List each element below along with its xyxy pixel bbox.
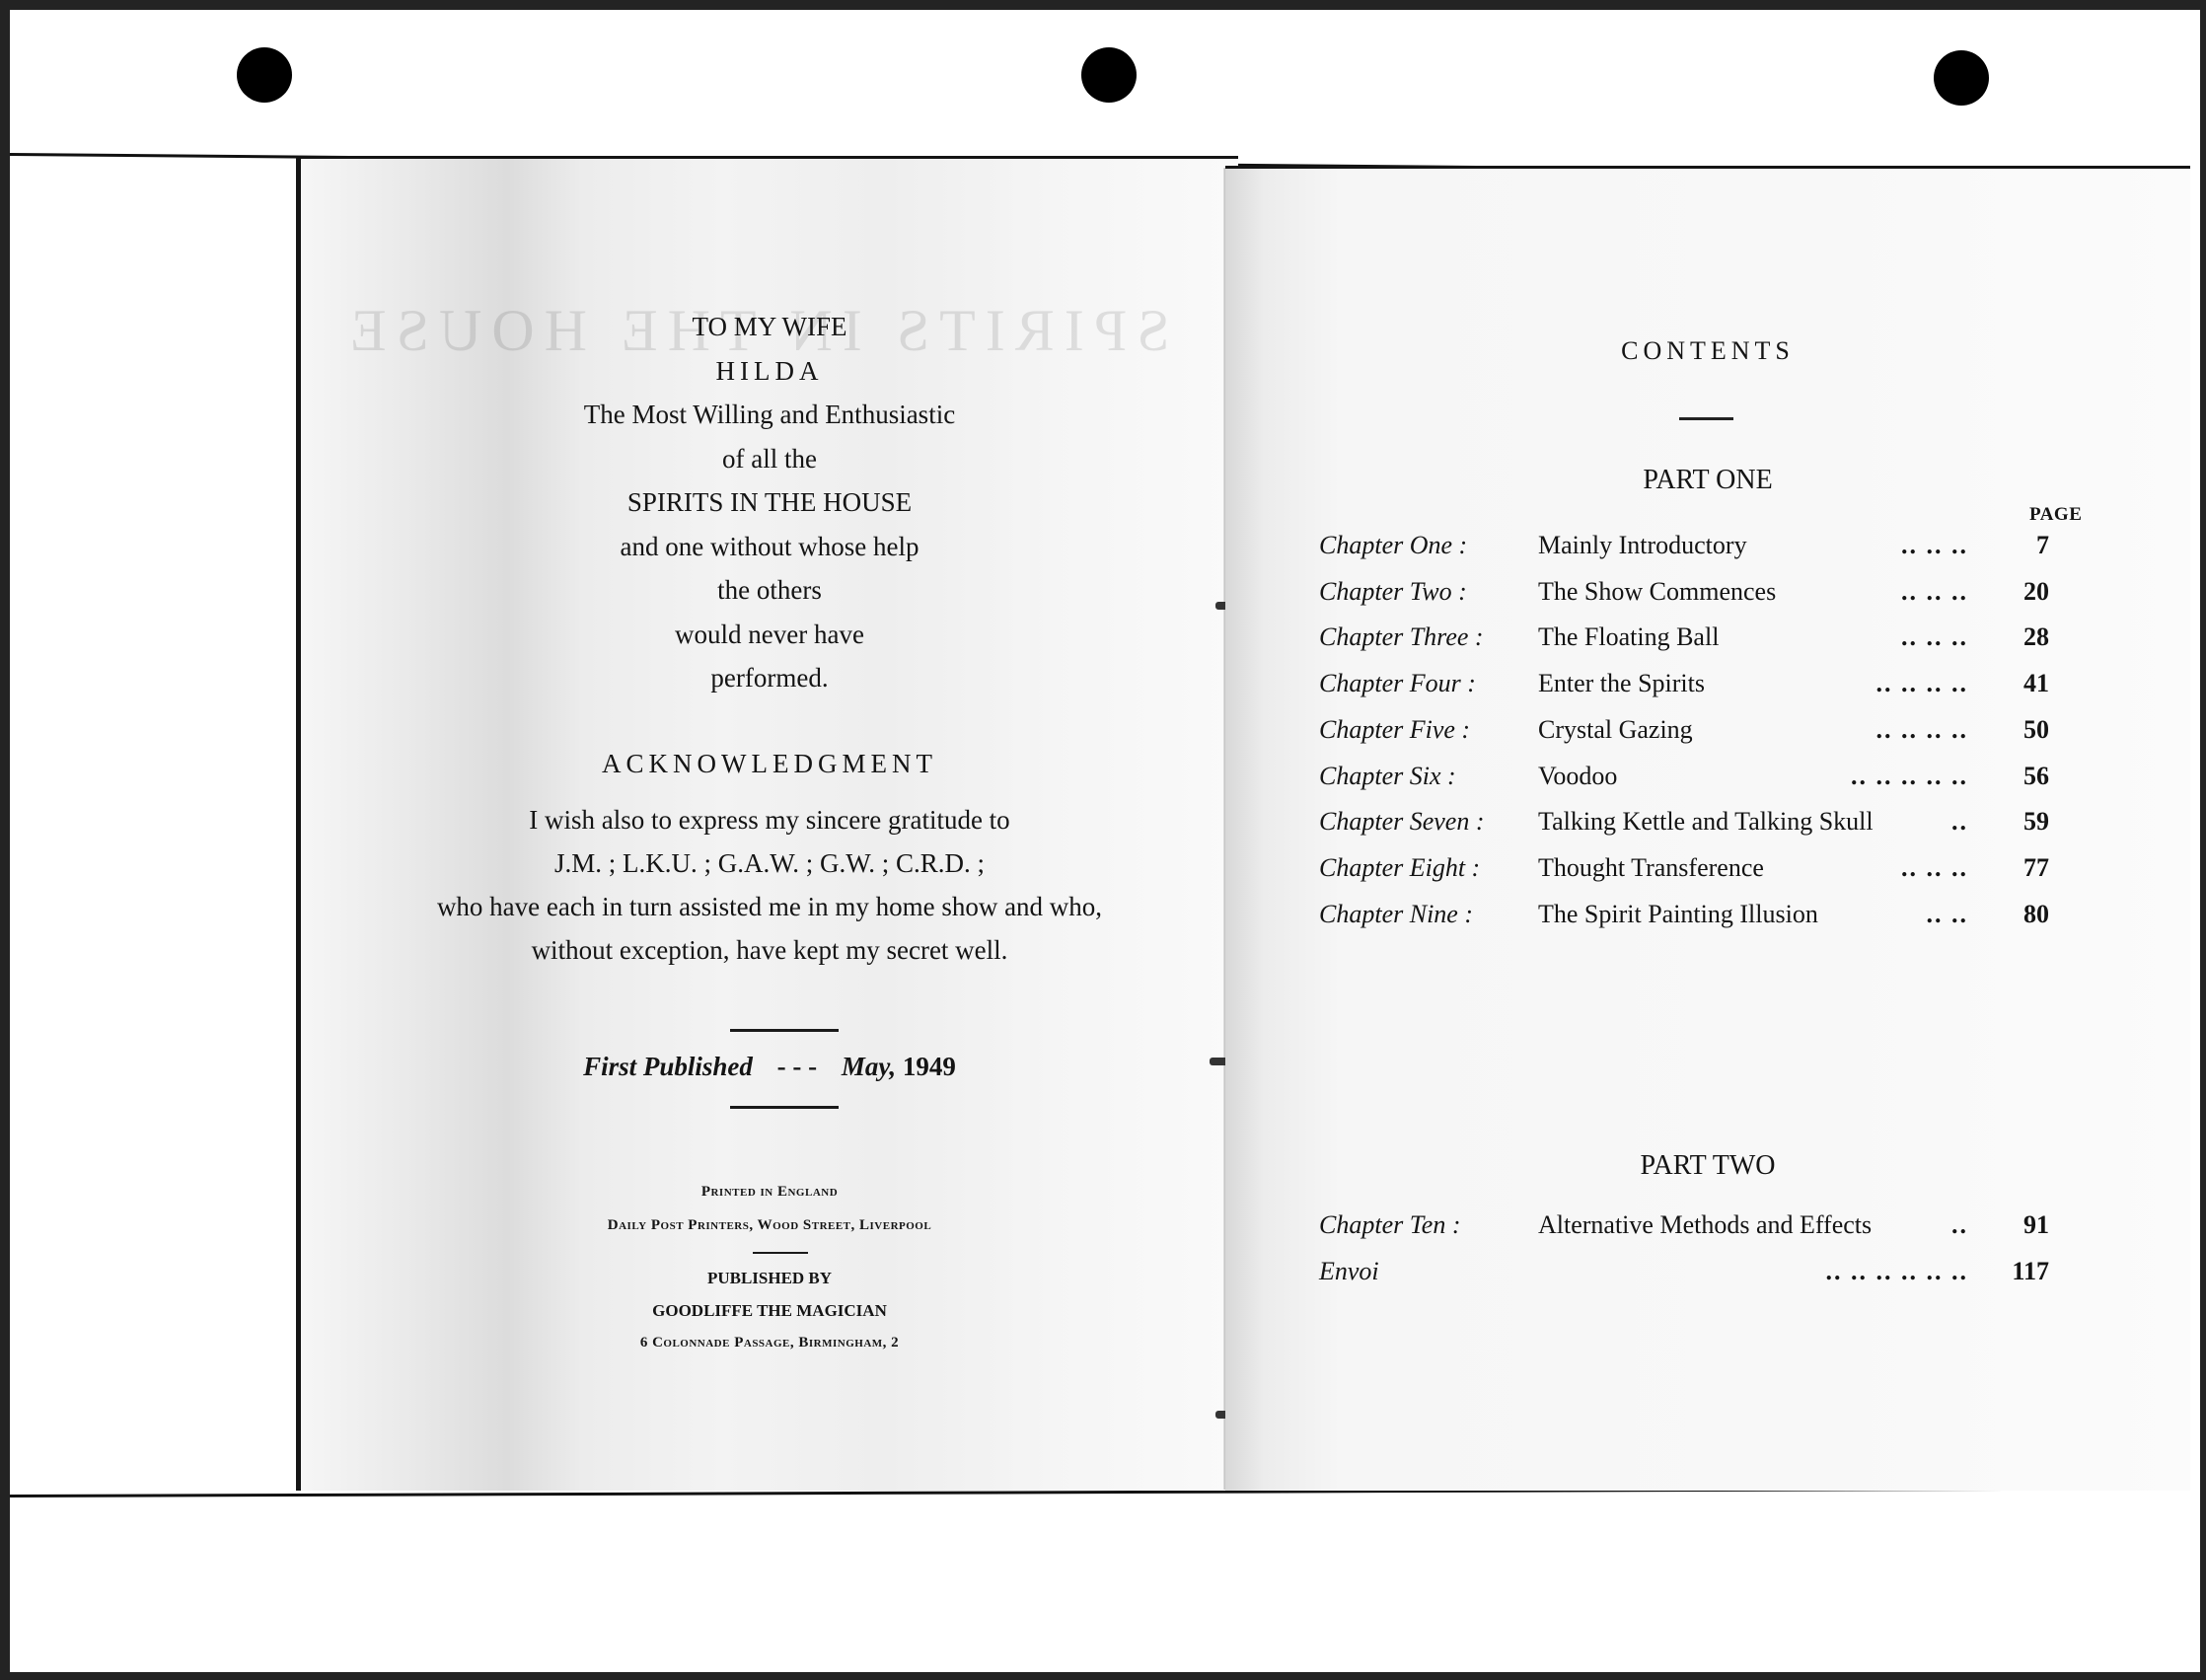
toc-entry: Chapter Four :Enter the Spirits.. .. .. … (1319, 669, 2049, 708)
acknowledgment-line: J.M. ; L.K.U. ; G.A.W. ; G.W. ; C.R.D. ; (301, 841, 1238, 885)
dot-leader: .. .. .. .. .. .. (1538, 1257, 2006, 1286)
chapter-label: Chapter Seven : (1319, 807, 1538, 837)
toc-entry: Chapter Three :The Floating Ball.. .. ..… (1319, 622, 2049, 662)
chapter-title: Mainly Introductory (1538, 531, 1747, 560)
dedication: TO MY WIFE HILDA The Most Willing and En… (301, 305, 1238, 700)
chapter-title: Enter the Spirits (1538, 669, 1705, 698)
chapter-title: The Show Commences (1538, 577, 1776, 607)
dedication-line: would never have (301, 613, 1238, 657)
chapter-label: Chapter Four : (1319, 669, 1538, 698)
left-page: SPIRITS IN THE HOUSE TO MY WIFE HILDA Th… (296, 156, 1238, 1491)
chapter-title: Crystal Gazing (1538, 715, 1693, 745)
chapter-label: Chapter Five : (1319, 715, 1538, 745)
page-number: 91 (2006, 1210, 2049, 1240)
publisher-address: 6 Colonnade Passage, Birmingham, 2 (301, 1327, 1238, 1359)
chapter-title: Talking Kettle and Talking Skull (1538, 807, 1874, 837)
published-by-label: PUBLISHED BY (301, 1262, 1238, 1294)
dedication-line: TO MY WIFE (301, 305, 1238, 349)
publisher-info: PUBLISHED BY GOODLIFFE THE MAGICIAN 6 Co… (301, 1262, 1238, 1359)
page-number: 50 (2006, 715, 2049, 745)
printer-address: Daily Post Printers, Wood Street, Liverp… (301, 1208, 1238, 1242)
dedication-line: performed. (301, 656, 1238, 700)
acknowledgment-line: I wish also to express my sincere gratit… (301, 798, 1238, 841)
toc-entry: Chapter Five :Crystal Gazing.. .. .. ..5… (1319, 715, 2049, 755)
page-number: 28 (2006, 622, 2049, 652)
page-number: 117 (2006, 1257, 2049, 1286)
chapter-label: Chapter Nine : (1319, 900, 1538, 929)
dot-leader: .. .. (1818, 900, 2006, 929)
toc-entry: Chapter Ten :Alternative Methods and Eff… (1319, 1210, 2049, 1250)
chapter-title: The Spirit Painting Illusion (1538, 900, 1818, 929)
part-two-heading: PART TWO (1225, 1150, 2190, 1182)
toc-entry: Chapter Eight :Thought Transference.. ..… (1319, 853, 2049, 893)
contents-title: CONTENTS (1225, 336, 2190, 366)
dedication-line: of all the (301, 437, 1238, 481)
toc-entry: Chapter One :Mainly Introductory.. .. ..… (1319, 531, 2049, 570)
page-number: 41 (2006, 669, 2049, 698)
page-number: 80 (2006, 900, 2049, 929)
dedication-line: The Most Willing and Enthusiastic (301, 393, 1238, 437)
first-published-line: First Published - - - May, 1949 (301, 1052, 1238, 1082)
dedication-line: the others (301, 568, 1238, 613)
divider-rule (730, 1029, 839, 1032)
chapter-label: Chapter Eight : (1319, 853, 1538, 883)
chapter-label: Chapter One : (1319, 531, 1538, 560)
printer-info: Printed in England Daily Post Printers, … (301, 1175, 1238, 1242)
part-one-heading: PART ONE (1225, 465, 2190, 496)
chapter-title: Thought Transference (1538, 853, 1764, 883)
first-published-year: 1949 (903, 1052, 956, 1081)
toc-entry: Chapter Nine :The Spirit Painting Illusi… (1319, 900, 2049, 939)
chapter-title: Alternative Methods and Effects (1538, 1210, 1872, 1240)
dot-leader: .. .. .. (1747, 531, 2006, 560)
dot-leader: .. .. .. .. (1693, 715, 2006, 745)
publisher-name: GOODLIFFE THE MAGICIAN (301, 1294, 1238, 1327)
punch-hole (237, 47, 292, 103)
chapter-title: Voodoo (1538, 762, 1617, 791)
dot-leader: .. (1872, 1210, 2006, 1240)
dedication-line: and one without whose help (301, 525, 1238, 569)
dedication-line: SPIRITS IN THE HOUSE (301, 480, 1238, 525)
page-number: 20 (2006, 577, 2049, 607)
page-number: 59 (2006, 807, 2049, 837)
dot-leader: .. .. .. (1764, 853, 2006, 883)
first-published-separator: - - - (777, 1052, 817, 1082)
first-published-label: First Published (583, 1052, 753, 1081)
printed-in-line: Printed in England (301, 1175, 1238, 1208)
chapter-label: Chapter Three : (1319, 622, 1538, 652)
chapter-label: Chapter Six : (1319, 762, 1538, 791)
page-column-label: PAGE (2029, 504, 2082, 526)
punch-hole (1934, 50, 1989, 106)
acknowledgment-line: without exception, have kept my secret w… (301, 928, 1238, 972)
divider-rule (753, 1252, 808, 1254)
chapter-label: Chapter Two : (1319, 577, 1538, 607)
toc-entry: Chapter Six :Voodoo.. .. .. .. ..56 (1319, 762, 2049, 801)
acknowledgment-line: who have each in turn assisted me in my … (301, 885, 1238, 928)
dot-leader: .. .. .. .. .. (1617, 762, 2006, 791)
scanned-sheet: SPIRITS IN THE HOUSE TO MY WIFE HILDA Th… (10, 10, 2200, 1672)
chapter-label: Chapter Ten : (1319, 1210, 1538, 1240)
toc-entry: Chapter Seven :Talking Kettle and Talkin… (1319, 807, 2049, 846)
dot-leader: .. .. .. .. (1705, 669, 2006, 698)
page-number: 77 (2006, 853, 2049, 883)
page-number: 56 (2006, 762, 2049, 791)
acknowledgment-body: I wish also to express my sincere gratit… (301, 798, 1238, 972)
chapter-label: Envoi (1319, 1257, 1538, 1286)
right-page-contents: CONTENTS PART ONE PAGE Chapter One :Main… (1225, 166, 2190, 1491)
toc-entry: Chapter Two :The Show Commences.. .. ..2… (1319, 577, 2049, 617)
divider-rule (1679, 417, 1733, 420)
first-published-month: May, (842, 1052, 896, 1081)
divider-rule (730, 1106, 839, 1109)
page-number: 7 (2006, 531, 2049, 560)
dedication-line: HILDA (301, 349, 1238, 394)
dot-leader: .. .. .. (1719, 622, 2006, 652)
dot-leader: .. (1874, 807, 2006, 837)
dot-leader: .. .. .. (1776, 577, 2006, 607)
acknowledgment-heading: ACKNOWLEDGMENT (301, 749, 1238, 779)
punch-hole (1081, 47, 1137, 103)
chapter-title: The Floating Ball (1538, 622, 1719, 652)
toc-entry: Envoi.. .. .. .. .. ..117 (1319, 1257, 2049, 1296)
